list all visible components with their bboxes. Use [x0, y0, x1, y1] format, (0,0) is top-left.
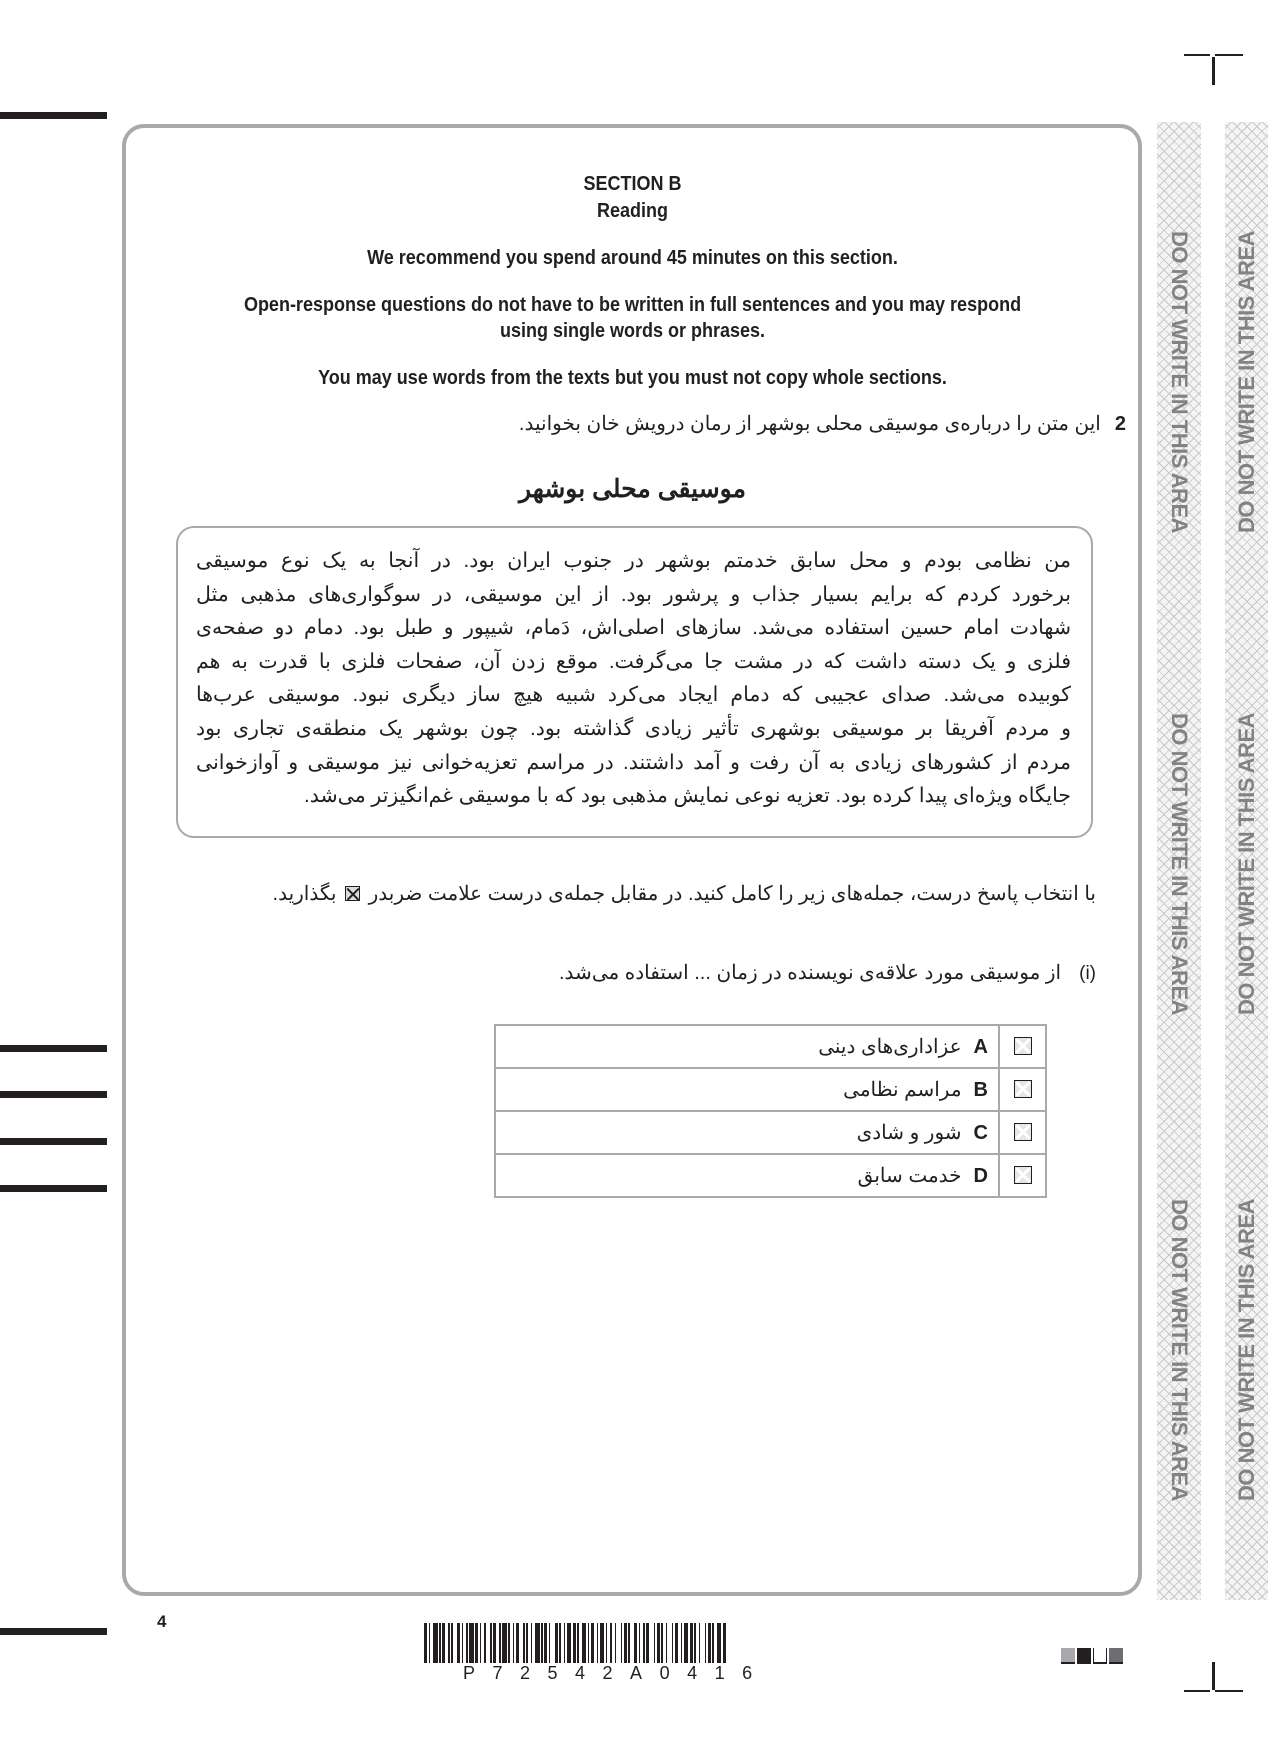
option-letter: B — [974, 1079, 988, 1101]
option-text: عزاداری‌های دینی — [818, 1036, 961, 1058]
crop-mark-top-v — [1212, 57, 1215, 85]
option-letter: A — [974, 1036, 988, 1058]
passage-line: شهادت امام حسین استفاده می‌شد. سازهای اص… — [196, 611, 1071, 645]
passage-line: برخورد کردم که برایم بسیار جذاب و پرشور … — [196, 578, 1071, 612]
color-calibration-swatches — [1061, 1648, 1123, 1664]
answer-checkbox[interactable] — [1014, 1080, 1032, 1098]
option-letter: C — [974, 1122, 988, 1144]
do-not-write-label: DO NOT WRITE IN THIS AREA — [1166, 1199, 1192, 1501]
article-title: موسیقی محلی بوشهر — [140, 474, 1125, 504]
question-prompt: 2این متن را دربارەی موسیقی محلی بوشهر از… — [519, 411, 1126, 436]
option-text: خدمت سابق — [858, 1165, 962, 1187]
do-not-write-label: DO NOT WRITE IN THIS AREA — [1234, 713, 1260, 1015]
answer-frame — [122, 124, 1142, 1596]
do-not-write-label: DO NOT WRITE IN THIS AREA — [1166, 231, 1192, 533]
option-text: شور و شادی — [857, 1122, 962, 1144]
answer-checkbox[interactable] — [1014, 1166, 1032, 1184]
sub-question-text: از موسیقی مورد علاقه‌ی نویسنده در زمان .… — [559, 962, 1061, 984]
do-not-write-stripe-outer: DO NOT WRITE IN THIS AREA DO NOT WRITE I… — [1225, 122, 1268, 1600]
do-not-write-stripe-inner: DO NOT WRITE IN THIS AREA DO NOT WRITE I… — [1157, 122, 1201, 1600]
reading-passage: من نظامی بودم و محل سابق خدمتم بوشهر در … — [176, 526, 1093, 838]
margin-bar — [0, 1185, 107, 1192]
answer-checkbox[interactable] — [1014, 1037, 1032, 1055]
color-swatch — [1061, 1648, 1075, 1664]
question-prompt-text: این متن را دربارەی موسیقی محلی بوشهر از … — [519, 413, 1101, 435]
option-row-c[interactable]: Cشور و شادی — [495, 1111, 1046, 1154]
sub-question: (i)از موسیقی مورد علاقه‌ی نویسنده در زما… — [559, 960, 1096, 985]
section-heading: SECTION B Reading — [140, 173, 1125, 223]
sub-question-number: (i) — [1079, 963, 1096, 984]
margin-bar — [0, 1138, 107, 1145]
barcode — [424, 1623, 842, 1663]
option-row-b[interactable]: Bمراسم نظامی — [495, 1068, 1046, 1111]
color-swatch — [1077, 1648, 1091, 1664]
answer-checkbox[interactable] — [1014, 1123, 1032, 1141]
crop-mark-top-left-h — [1184, 54, 1210, 56]
crop-mark-top-right-h — [1215, 54, 1243, 56]
answer-instruction: با انتخاب پاسخ درست، جمله‌های زیر را کام… — [273, 881, 1096, 906]
do-not-write-label: DO NOT WRITE IN THIS AREA — [1166, 713, 1192, 1015]
color-swatch — [1109, 1648, 1123, 1664]
copy-warning: You may use words from the texts but you… — [140, 367, 1125, 390]
option-text: مراسم نظامی — [843, 1079, 961, 1101]
do-not-write-label: DO NOT WRITE IN THIS AREA — [1234, 231, 1260, 533]
page-number: 4 — [157, 1612, 166, 1632]
crop-mark-bottom-left-h — [1184, 1690, 1210, 1692]
do-not-write-label: DO NOT WRITE IN THIS AREA — [1234, 1199, 1260, 1501]
barcode-text: P72542A0416 — [463, 1663, 770, 1684]
margin-bar — [0, 1091, 107, 1098]
passage-line: فلزی و یک دسته داشت که در مشت جا می‌گرفت… — [196, 645, 1071, 679]
section-subtitle: Reading — [189, 200, 1076, 223]
margin-bar — [0, 1045, 107, 1052]
passage-line: جایگاه ویژه‌ای پیدا کرده بود. تعزیه نوعی… — [196, 779, 1071, 813]
crossed-box-icon — [345, 886, 360, 901]
option-letter: D — [974, 1165, 988, 1187]
option-row-d[interactable]: Dخدمت سابق — [495, 1154, 1046, 1197]
crop-mark-bottom-v — [1212, 1662, 1215, 1690]
open-response-note: Open-response questions do not have to b… — [140, 294, 1125, 343]
question-number: 2 — [1115, 413, 1126, 435]
recommend-text: We recommend you spend around 45 minutes… — [140, 247, 1125, 270]
section-title: SECTION B — [189, 173, 1076, 196]
margin-bar — [0, 112, 107, 119]
passage-line: کوبیده می‌شد. صدای عجیبی که دمام ایجاد م… — [196, 678, 1071, 712]
passage-line: من نظامی بودم و محل سابق خدمتم بوشهر در … — [196, 544, 1071, 578]
answer-options: Aعزاداری‌های دینی Bمراسم نظامی Cشور و شا… — [494, 1024, 1047, 1198]
color-swatch — [1093, 1648, 1107, 1664]
crop-mark-bottom-right-h — [1215, 1690, 1243, 1692]
passage-line: و مردم آفریقا بر موسیقی بوشهری تأثیر زیا… — [196, 712, 1071, 746]
passage-line: مردم از کشورهای زیادی به آن رفت و آمد دا… — [196, 746, 1071, 780]
option-row-a[interactable]: Aعزاداری‌های دینی — [495, 1025, 1046, 1068]
margin-bar — [0, 1628, 107, 1635]
